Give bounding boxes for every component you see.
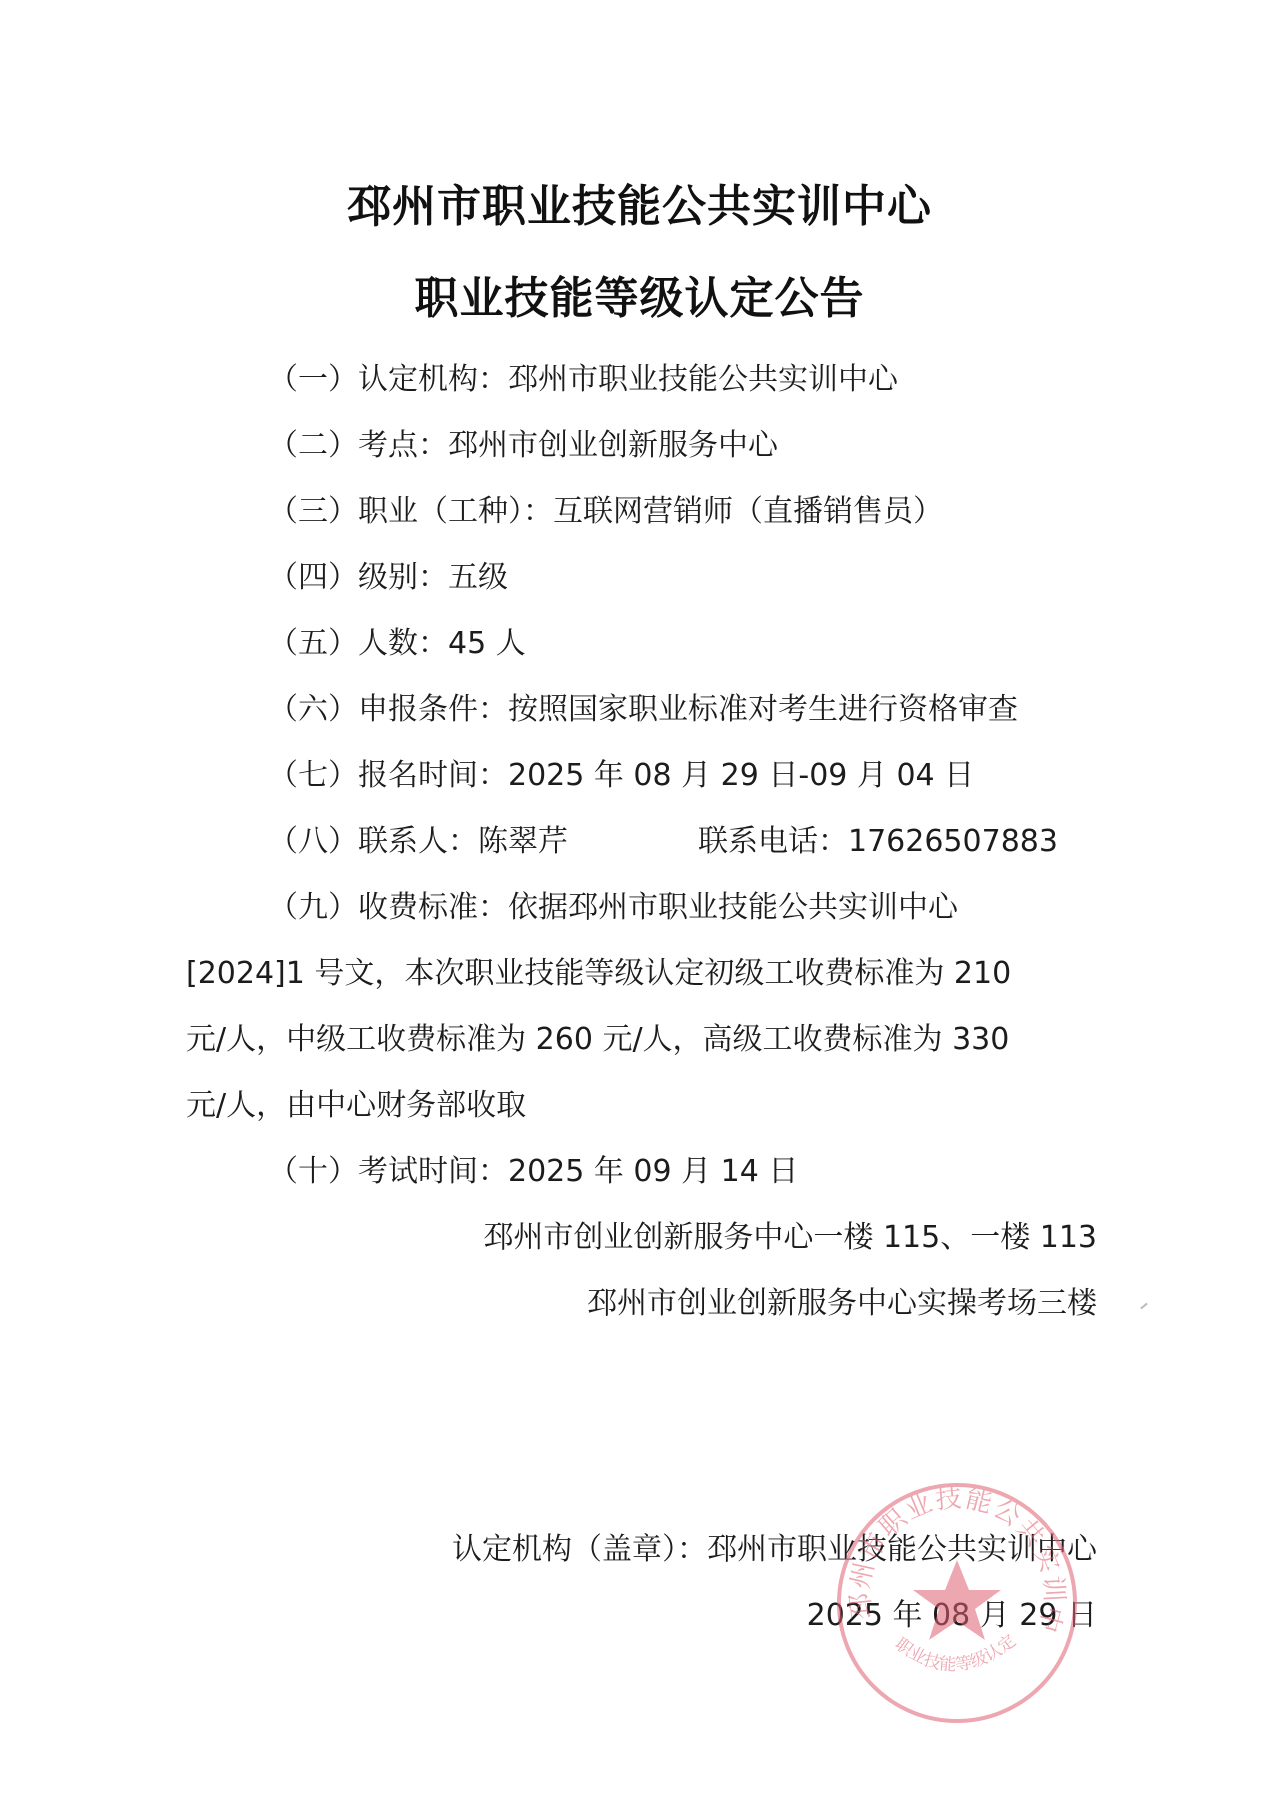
item-certification-body: （一）认定机构：邳州市职业技能公共实训中心 bbox=[268, 360, 898, 400]
item-level: （四）级别：五级 bbox=[268, 558, 508, 598]
item-exam-time: （十）考试时间：2025 年 09 月 14 日 bbox=[268, 1152, 798, 1192]
item-label: 人数： bbox=[358, 626, 448, 661]
item-number: （八） bbox=[268, 824, 358, 859]
phone-label: 联系电话： bbox=[698, 824, 848, 859]
item-number: （九） bbox=[268, 890, 358, 925]
item-value: 2025 年 08 月 29 日-09 月 04 日 bbox=[508, 758, 974, 793]
item-number: （一） bbox=[268, 362, 358, 397]
item-value: 2025 年 09 月 14 日 bbox=[508, 1154, 798, 1189]
item-fee-standard: （九）收费标准：依据邳州市职业技能公共实训中心 bbox=[268, 888, 958, 928]
signature-date: 2025 年 08 月 29 日 bbox=[807, 1596, 1097, 1636]
item-label: 考试时间： bbox=[358, 1154, 508, 1189]
fee-line: 元/人，中级工收费标准为 260 元/人，高级工收费标准为 330 bbox=[186, 1020, 1009, 1060]
item-label: 联系人： bbox=[358, 824, 478, 859]
item-value: 邳州市创业创新服务中心 bbox=[448, 428, 778, 463]
item-label: 考点： bbox=[358, 428, 448, 463]
item-label: 申报条件： bbox=[358, 692, 508, 727]
item-registration-period: （七）报名时间：2025 年 08 月 29 日-09 月 04 日 bbox=[268, 756, 974, 796]
item-number: （七） bbox=[268, 758, 358, 793]
item-contact: （八）联系人：陈翠芹联系电话：17626507883 bbox=[268, 822, 1058, 862]
item-number: （二） bbox=[268, 428, 358, 463]
item-label: 认定机构： bbox=[358, 362, 508, 397]
signature-organization: 认定机构（盖章）：邳州市职业技能公共实训中心 bbox=[452, 1530, 1097, 1570]
item-value: 45 人 bbox=[448, 626, 526, 661]
item-number: （三） bbox=[268, 494, 358, 529]
item-value: 按照国家职业标准对考生进行资格审查 bbox=[508, 692, 1018, 727]
item-number: （十） bbox=[268, 1154, 358, 1189]
item-occupation: （三）职业（工种）：互联网营销师（直播销售员） bbox=[268, 492, 943, 532]
exam-location: 邳州市创业创新服务中心实操考场三楼 bbox=[587, 1284, 1097, 1324]
fee-line: [2024]1 号文，本次职业技能等级认定初级工收费标准为 210 bbox=[186, 954, 1011, 994]
scan-mark bbox=[1140, 1303, 1147, 1310]
title-announcement: 职业技能等级认定公告 bbox=[0, 262, 1279, 326]
item-number: （六） bbox=[268, 692, 358, 727]
item-number: （四） bbox=[268, 560, 358, 595]
item-exam-site: （二）考点：邳州市创业创新服务中心 bbox=[268, 426, 778, 466]
fee-line: 元/人，由中心财务部收取 bbox=[186, 1086, 526, 1126]
item-label: 级别： bbox=[358, 560, 448, 595]
item-eligibility: （六）申报条件：按照国家职业标准对考生进行资格审查 bbox=[268, 690, 1018, 730]
item-headcount: （五）人数：45 人 bbox=[268, 624, 526, 664]
contact-name: 陈翠芹 bbox=[478, 824, 568, 859]
item-value: 五级 bbox=[448, 560, 508, 595]
item-label: 职业（工种）： bbox=[358, 494, 553, 529]
item-value: 互联网营销师（直播销售员） bbox=[553, 494, 943, 529]
svg-text:职业技能等级认定专用章: 职业技能等级认定专用章 bbox=[832, 1478, 1020, 1676]
phone-number: 17626507883 bbox=[848, 824, 1058, 859]
title-organization: 邳州市职业技能公共实训中心 bbox=[0, 170, 1279, 234]
item-value: 依据邳州市职业技能公共实训中心 bbox=[508, 890, 958, 925]
item-number: （五） bbox=[268, 626, 358, 661]
stamp-bottom-text: 职业技能等级认定专用章 bbox=[832, 1478, 1020, 1676]
item-label: 报名时间： bbox=[358, 758, 508, 793]
item-label: 收费标准： bbox=[358, 890, 508, 925]
exam-location: 邳州市创业创新服务中心一楼 115、一楼 113 bbox=[483, 1218, 1097, 1258]
item-value: 邳州市职业技能公共实训中心 bbox=[508, 362, 898, 397]
document-page: 邳州市职业技能公共实训中心 职业技能等级认定公告 （一）认定机构：邳州市职业技能… bbox=[0, 0, 1279, 1810]
